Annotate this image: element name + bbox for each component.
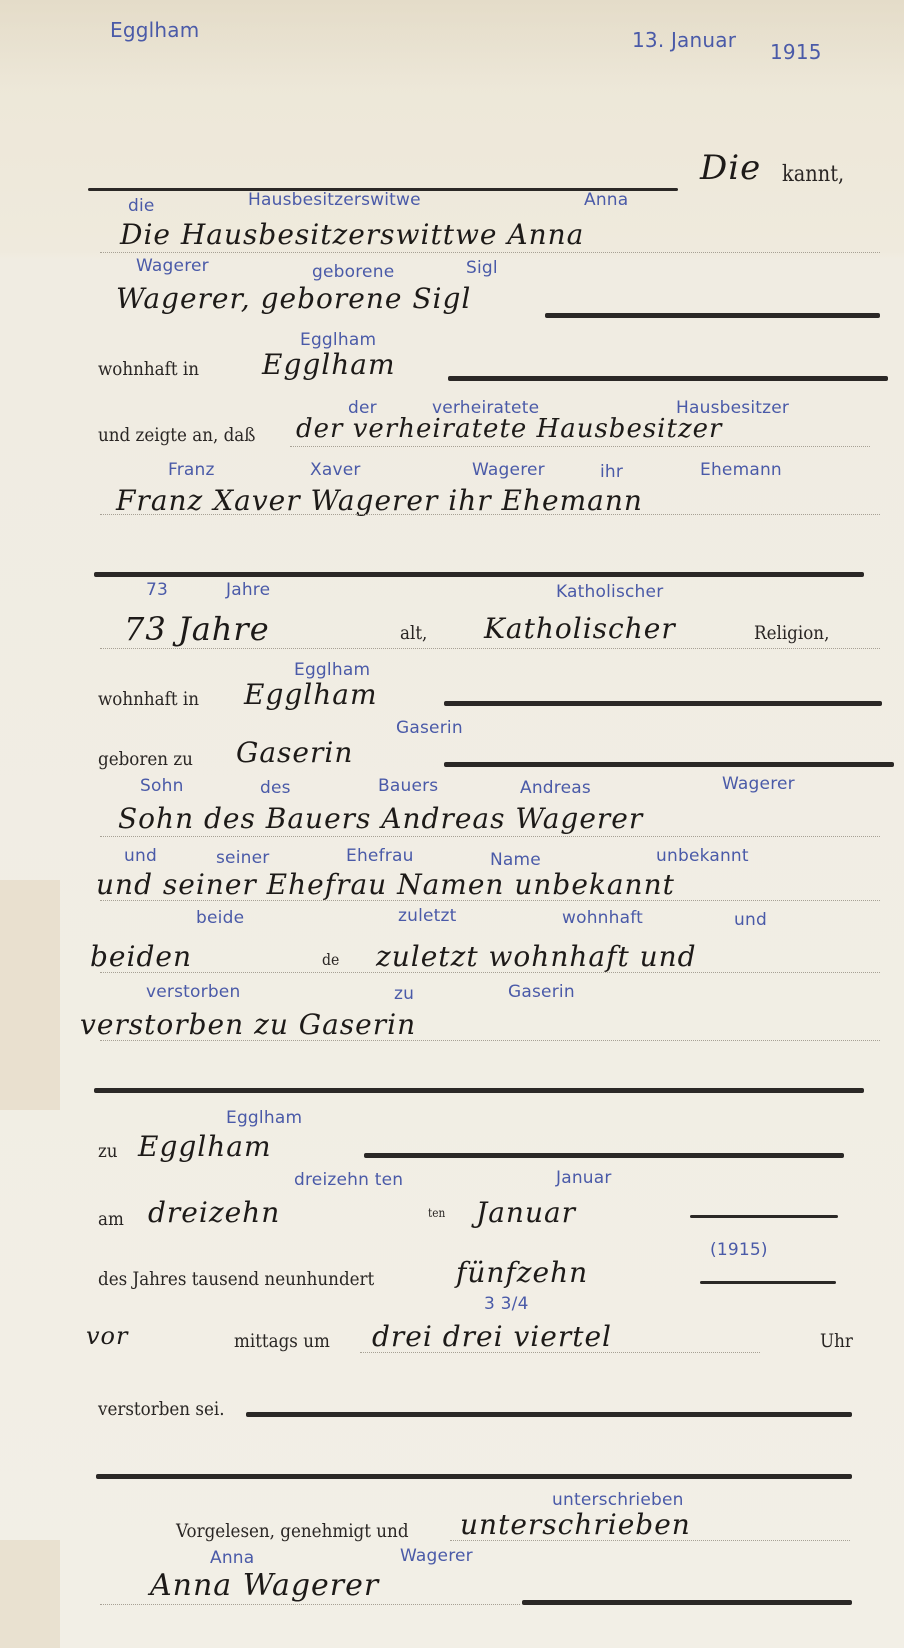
anno-parent-word: Ehefrau [346,846,414,866]
anno-parent-word: Bauers [378,776,438,796]
intro-handwritten: Die [700,148,761,188]
header-place: Egglham [110,18,199,42]
anno-parent-word: beide [196,908,244,928]
label-time: mittags um [234,1330,330,1352]
religion-handwritten: Katholischer [484,612,676,645]
rule [94,572,864,577]
anno-religion: Katholischer [556,582,663,602]
informant-line1: Die Hausbesitzerswittwe Anna [120,218,584,251]
anno-year: (1915) [710,1240,768,1260]
anno-relation-1: ihr [600,462,623,482]
time-prefix-handwritten: vor [86,1322,128,1350]
anno-first-name: Franz [168,460,215,480]
anno-residence: Egglham [294,660,370,680]
label-am: am [98,1208,124,1230]
anno-middle-name: Xaver [310,460,361,480]
parents-line4: verstorben zu Gaserin [80,1008,416,1041]
tape-strip [0,880,60,1110]
rule [522,1600,852,1605]
rule [364,1153,844,1158]
anno-article: die [128,196,155,216]
declaration-line1: der verheiratete Hausbesitzer [296,414,722,444]
intro-printed: kannt, [782,162,844,187]
anno-surname: Wagerer [472,460,545,480]
rule [545,313,880,318]
anno-surname: Wagerer [136,256,209,276]
civil-death-record-page: Egglham 13. Januar 1915 Die kannt, die H… [0,0,904,1648]
anno-title: Hausbesitzerswitwe [248,190,421,210]
anno-parent-word: des [260,778,291,798]
label-residence: wohnhaft in [98,358,199,380]
anno-parent-word: verstorben [146,982,240,1002]
anno-born: geborene [312,262,394,282]
death-year-handwritten: fünfzehn [456,1256,588,1289]
parents-line3-c: zuletzt wohnhaft und [376,940,697,973]
anno-age: 73 [146,580,168,600]
parents-line2: und seiner Ehefrau Namen unbekannt [96,868,675,901]
label-read: Vorgelesen, genehmigt und [176,1520,409,1542]
anno-maiden-name: Sigl [466,258,498,278]
label-residence: wohnhaft in [98,688,199,710]
anno-parent-word: zuletzt [398,906,457,926]
death-month-handwritten: Januar [476,1196,576,1229]
label-death-place: zu [98,1140,118,1162]
label-ten: ten [428,1206,445,1220]
anno-birthplace: Gaserin [396,718,463,738]
time-handwritten: drei drei viertel [372,1320,612,1353]
anno-time: 3 3/4 [484,1294,529,1314]
label-birthplace: geboren zu [98,748,193,770]
header-year: 1915 [770,40,822,64]
rule [246,1412,852,1417]
anno-parent-word: Wagerer [722,774,795,794]
parents-line3-b: de [322,950,339,969]
anno-parent-word: unbekannt [656,846,749,866]
parents-line1: Sohn des Bauers Andreas Wagerer [118,802,643,835]
label-uhr: Uhr [820,1330,853,1352]
anno-parent-word: Gaserin [508,982,575,1002]
anno-signed: unterschrieben [552,1490,684,1510]
anno-parent-word: Name [490,850,541,870]
informant-residence-handwritten: Egglham [262,348,396,381]
tape-strip [0,1540,60,1648]
anno-parent-word: seiner [216,848,269,868]
anno-parent-word: Sohn [140,776,184,796]
anno-parent-word: und [124,846,157,866]
parents-line3-a: beiden [90,940,192,973]
anno-relation-2: Ehemann [700,460,782,480]
anno-sig-first: Anna [210,1548,254,1568]
signed-handwritten: unterschrieben [460,1508,691,1541]
label-religion: Religion, [754,622,829,644]
anno-parent-word: zu [394,984,414,1004]
informant-line2: Wagerer, geborene Sigl [116,282,471,315]
header-date: 13. Januar [632,28,736,52]
death-day-handwritten: dreizehn [148,1196,280,1229]
anno-parent-word: wohnhaft [562,908,643,928]
anno-month: Januar [556,1168,612,1188]
anno-years: Jahre [226,580,270,600]
rule [444,762,894,767]
label-died: verstorben sei. [98,1398,225,1420]
anno-sig-last: Wagerer [400,1546,473,1566]
rule [444,701,882,706]
rule [700,1281,836,1284]
signature: Anna Wagerer [150,1568,379,1603]
deceased-residence-handwritten: Egglham [244,678,378,711]
anno-death-place: Egglham [226,1108,302,1128]
anno-day: dreizehn ten [294,1170,403,1190]
anno-first-name: Anna [584,190,628,210]
declaration-line2: Franz Xaver Wagerer ihr Ehemann [116,484,643,517]
rule [690,1215,838,1218]
anno-residence: Egglham [300,330,376,350]
anno-parent-word: Andreas [520,778,591,798]
rule [96,1474,852,1479]
label-alt: alt, [400,622,427,644]
birthplace-handwritten: Gaserin [236,736,353,769]
death-place-handwritten: Egglham [138,1130,272,1163]
rule [94,1088,864,1093]
label-declaration: und zeigte an, daß [98,424,255,446]
label-year: des Jahres tausend neunhundert [98,1268,374,1290]
age-handwritten: 73 Jahre [124,610,270,648]
rule [448,376,888,381]
anno-parent-word: und [734,910,767,930]
